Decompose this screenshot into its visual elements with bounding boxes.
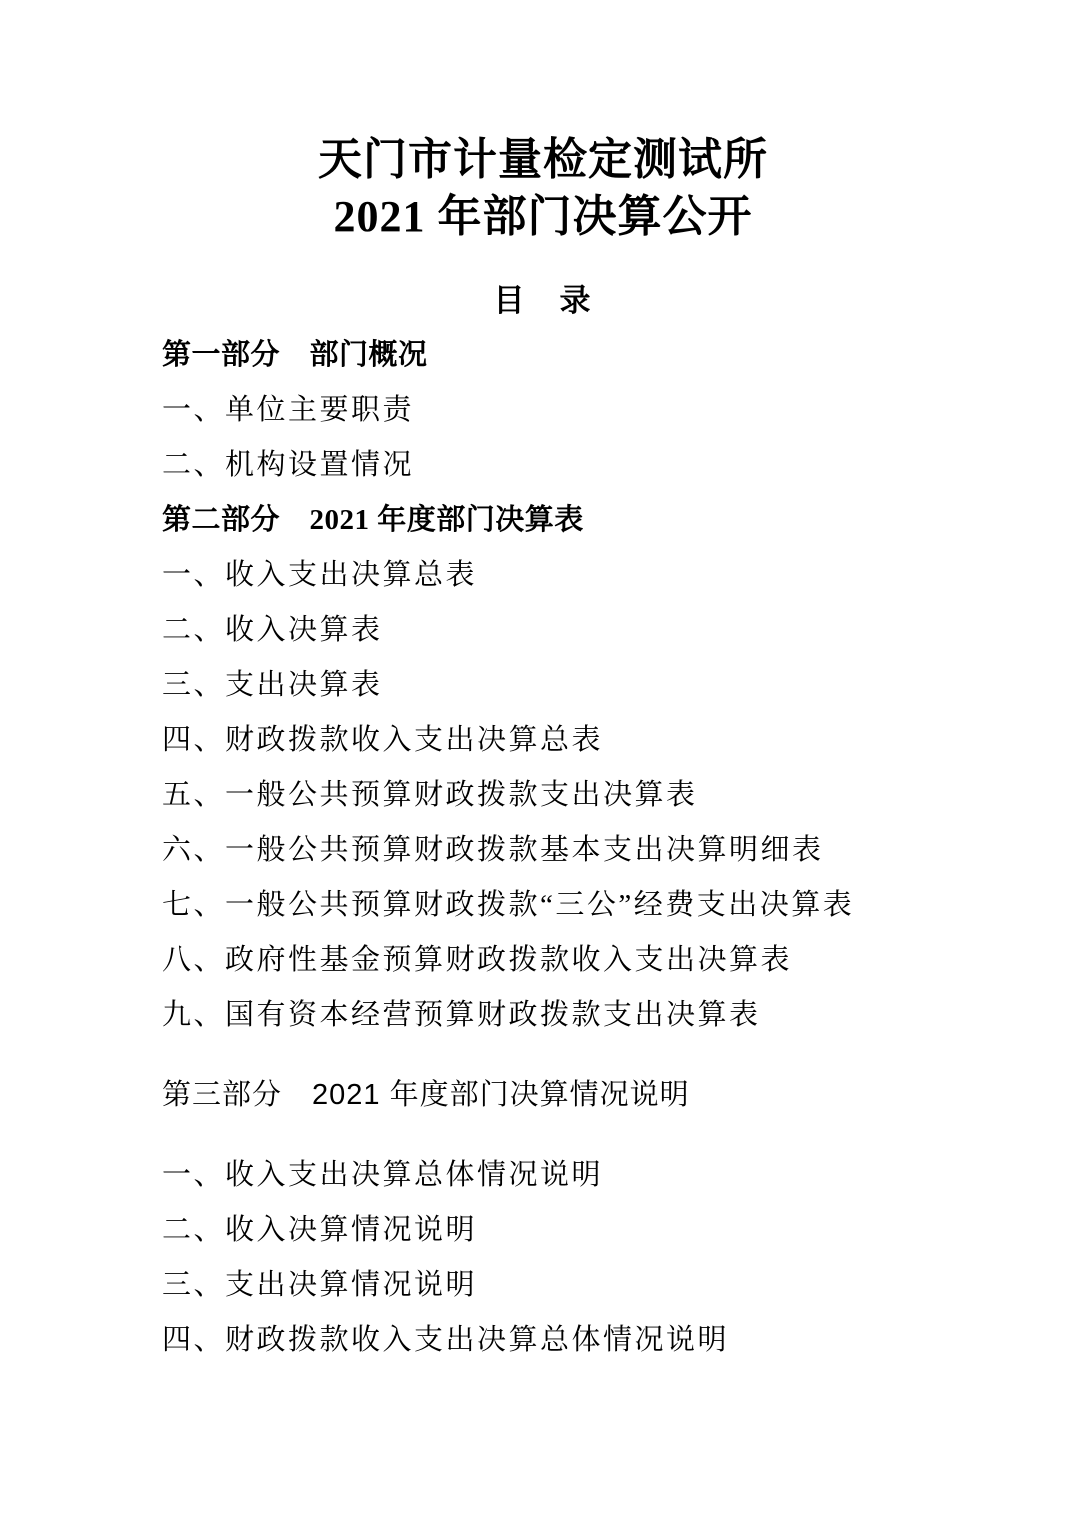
toc-item-3-2: 二、收入决算情况说明: [162, 1203, 924, 1258]
toc-item-1-1: 一、单位主要职责: [162, 383, 924, 438]
toc-item-2-7: 七、一般公共预算财政拨款“三公”经费支出决算表: [162, 878, 924, 933]
toc-item-3-4: 四、财政拨款收入支出决算总体情况说明: [162, 1313, 924, 1368]
toc-item-2-2: 二、收入决算表: [162, 603, 924, 658]
toc-item-2-6: 六、一般公共预算财政拨款基本支出决算明细表: [162, 823, 924, 878]
toc-item-3-3: 三、支出决算情况说明: [162, 1258, 924, 1313]
toc-item-2-4: 四、财政拨款收入支出决算总表: [162, 713, 924, 768]
toc-heading: 目 录: [162, 273, 924, 328]
toc-item-3-1: 一、收入支出决算总体情况说明: [162, 1148, 924, 1203]
toc-item-1-2: 二、机构设置情况: [162, 438, 924, 493]
toc-item-2-1: 一、收入支出决算总表: [162, 548, 924, 603]
toc-item-2-3: 三、支出决算表: [162, 658, 924, 713]
section-2-heading: 第二部分 2021 年度部门决算表: [162, 493, 924, 548]
toc-item-2-8: 八、政府性基金预算财政拨款收入支出决算表: [162, 933, 924, 988]
section-1-heading: 第一部分 部门概况: [162, 328, 924, 383]
toc-item-2-9: 九、国有资本经营预算财政拨款支出决算表: [162, 988, 924, 1043]
section-3-heading: 第三部分 2021 年度部门决算情况说明: [162, 1068, 924, 1123]
document-page: 天门市计量检定测试所 2021 年部门决算公开 目 录 第一部分 部门概况 一、…: [0, 0, 1074, 1520]
document-title-line1: 天门市计量检定测试所: [162, 131, 924, 188]
document-title-line2: 2021 年部门决算公开: [162, 188, 924, 245]
toc-item-2-5: 五、一般公共预算财政拨款支出决算表: [162, 768, 924, 823]
